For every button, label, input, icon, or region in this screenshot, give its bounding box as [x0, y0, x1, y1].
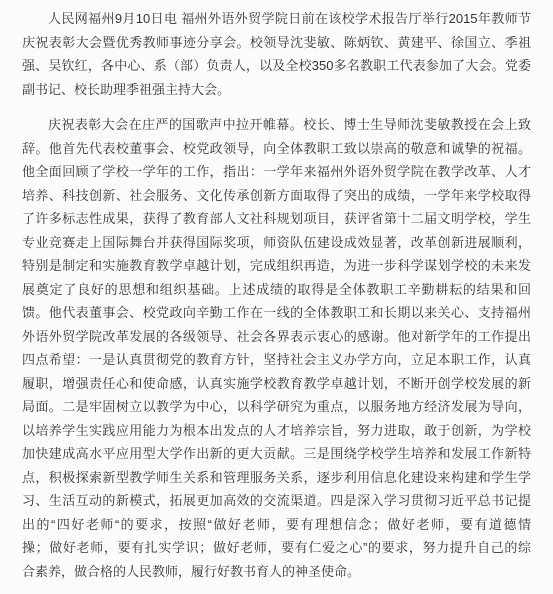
text-line: 操；做好老师，要有扎实学识；做好老师，要有仁爱之心”的要求，努力提升自己的综	[22, 536, 531, 560]
text-line: 副书记、校长助理季祖强主持大会。	[22, 78, 531, 102]
text-line: 外语外贸学院改革发展的各级领导、社会各界表示衷心的感谢。他对新学年的工作提出	[22, 325, 531, 349]
paragraph: 人民网福州9月10日电 福州外语外贸学院日前在该校学术报告厅举行2015年教师节…	[22, 7, 531, 101]
text-line: 以培养学生实践应用能力为根本出发点的人才培养宗旨，努力进取，敢于创新，为学校	[22, 419, 531, 443]
text-line: 四点希望：一是认真贯彻党的教育方针，坚持社会主义办学方向，立足本职工作，认真	[22, 348, 531, 372]
text-line: 庆祝表彰大会暨优秀教师事迹分享会。校领导沈斐敏、陈炳钦、黄建平、徐国立、季祖	[22, 31, 531, 55]
text-line: 专业竞赛走上国际舞台并获得国际奖项，师资队伍建设成效显著，改革创新进展顺利，	[22, 231, 531, 255]
text-line: 习、生活互动的新模式，拓展更加高效的交流渠道。四是深入学习贯彻习近平总书记提	[22, 489, 531, 513]
text-line: 合素养，做合格的人民教师，履行好教书育人的神圣使命。	[22, 560, 531, 584]
text-line: 他全面回顾了学校一学年的工作，指出：一学年来福州外语外贸学院在教学改革、人才	[22, 160, 531, 184]
text-line: 履职，增强责任心和使命感，认真实施学校教育教学卓越计划，不断开创学校发展的新	[22, 372, 531, 396]
text-line: 特别是制定和实施教育教学卓越计划，完成组织再造，为进一步科学谋划学校的未来发	[22, 254, 531, 278]
text-line: 强、吴钦红，各中心、系（部）负责人，以及全校350多名教职工代表参加了大会。党委	[22, 54, 531, 78]
text-line: 出的“四好老师“的要求，按照“做好老师，要有理想信念；做好老师，要有道德情	[22, 513, 531, 537]
text-line: 人民网福州9月10日电 福州外语外贸学院日前在该校学术报告厅举行2015年教师节	[22, 7, 531, 31]
text-line: 局面。二是牢固树立以教学为中心，以科学研究为重点，以服务地方经济发展为导向，	[22, 395, 531, 419]
text-line: 庆祝表彰大会在庄严的国歌声中拉开帷幕。校长、博士生导师沈斐敏教授在会上致	[22, 113, 531, 137]
paragraph: 庆祝表彰大会在庄严的国歌声中拉开帷幕。校长、博士生导师沈斐敏教授在会上致辞。他首…	[22, 113, 531, 583]
article-body: 人民网福州9月10日电 福州外语外贸学院日前在该校学术报告厅举行2015年教师节…	[0, 0, 553, 583]
text-line: 辞。他首先代表校董事会、校党政领导，向全体教职工致以崇高的敬意和诚挚的祝福。	[22, 137, 531, 161]
text-line: 了许多标志性成果，获得了教育部人文社科规划项目，获评省第十二届文明学校，学生	[22, 207, 531, 231]
text-line: 馈。他代表董事会、校党政向辛勤工作在一线的全体教职工和长期以来关心、支持福州	[22, 301, 531, 325]
text-line: 展奠定了良好的思想和组织基础。上述成绩的取得是全体教职工辛勤耕耘的结果和回	[22, 278, 531, 302]
text-line: 培养、科技创新、社会服务、文化传承创新方面取得了突出的成绩，一学年来学校取得	[22, 184, 531, 208]
text-line: 点，积极探索新型教学师生关系和管理服务关系，逐步利用信息化建设来构建和学生学	[22, 466, 531, 490]
text-line: 加快建成高水平应用型大学作出新的更大贡献。三是围绕学校学生培养和发展工作新特	[22, 442, 531, 466]
